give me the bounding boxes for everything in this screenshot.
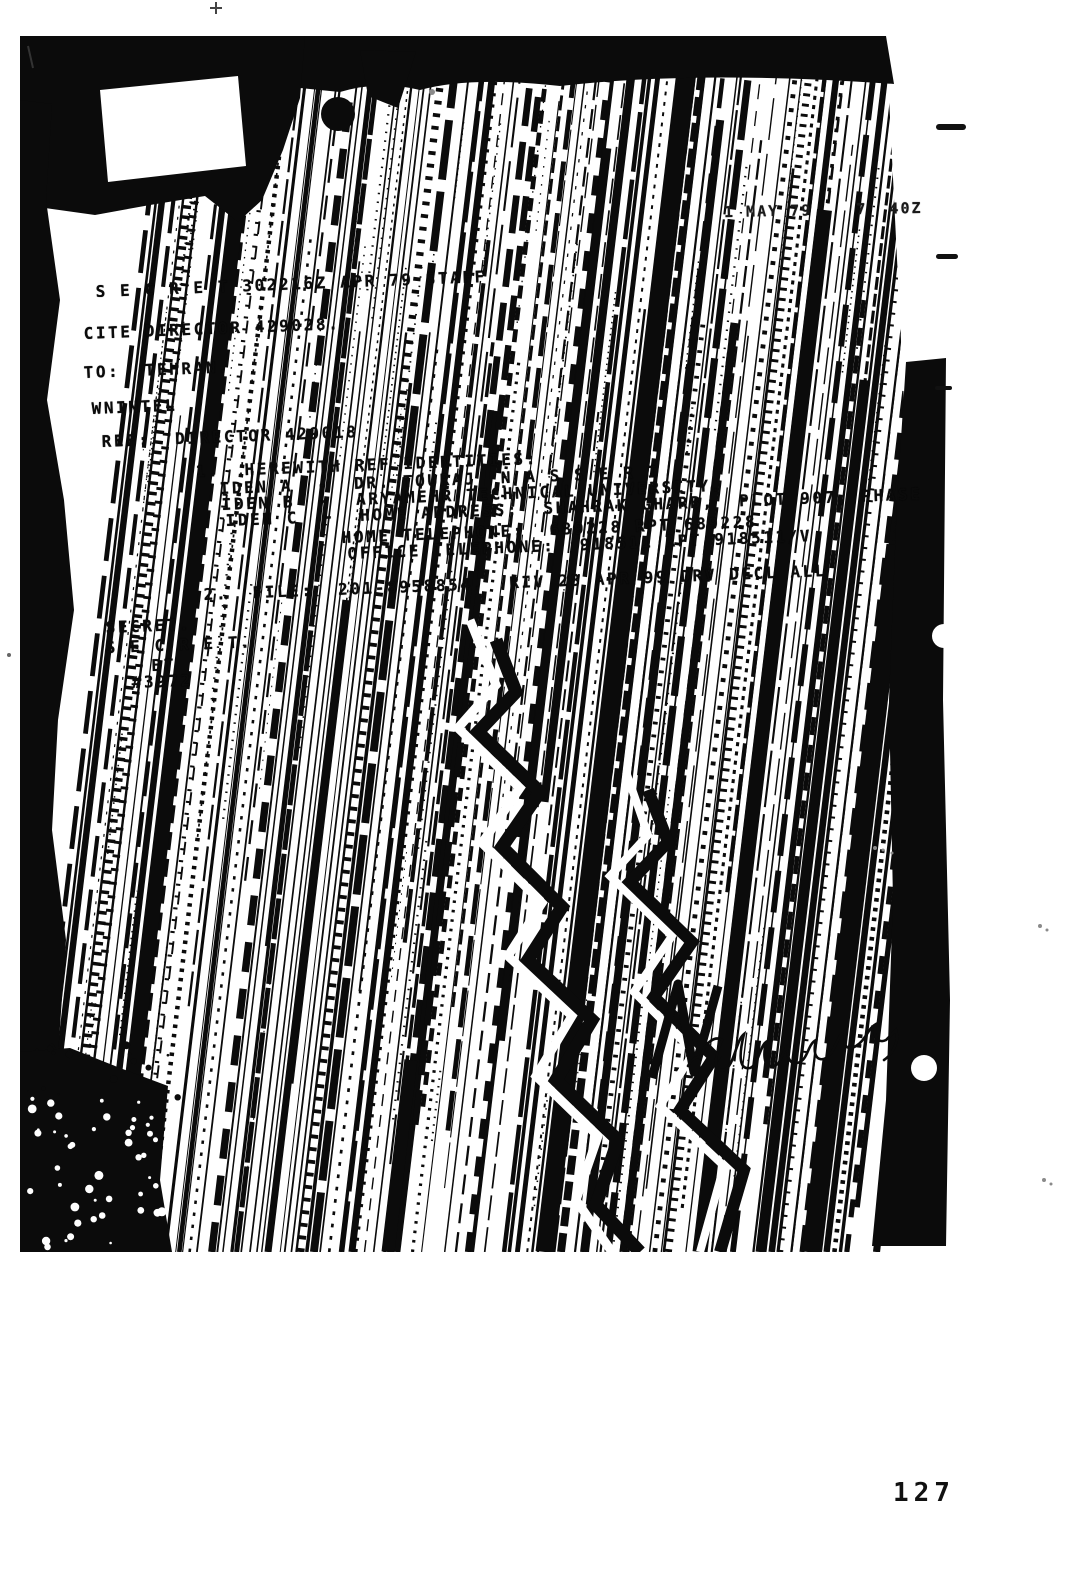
page-number: 127 [893,1478,955,1508]
line-wnintel: WNINTEL [91,396,177,418]
line-secret-word: SECRET. [105,615,191,637]
scanned-cable-document: 1 MAY 79 7 40Z S E C R E T 302216Z APR 7… [0,0,1067,1588]
line-secret-header: S E C R E T 302216Z APR 79 STAFF [95,267,487,301]
line-para2-file: 2. FILE: 201-8958854. RIV 28 APR 99 DRV … [203,561,827,604]
typed-text-layer: 1 MAY 79 7 40Z S E C R E T 302216Z APR 7… [0,0,1067,1588]
date-received-stamp: 1 MAY 79 7 40Z [724,199,923,221]
line-to-tehran: TO: TEHRAN. [83,357,230,382]
line-ref-director: REF: DIRECTOR 429018 [101,422,358,451]
line-cite-director: CITE DIRECTOR 429028. [83,314,340,343]
line-message-number: #3972 [131,671,193,692]
